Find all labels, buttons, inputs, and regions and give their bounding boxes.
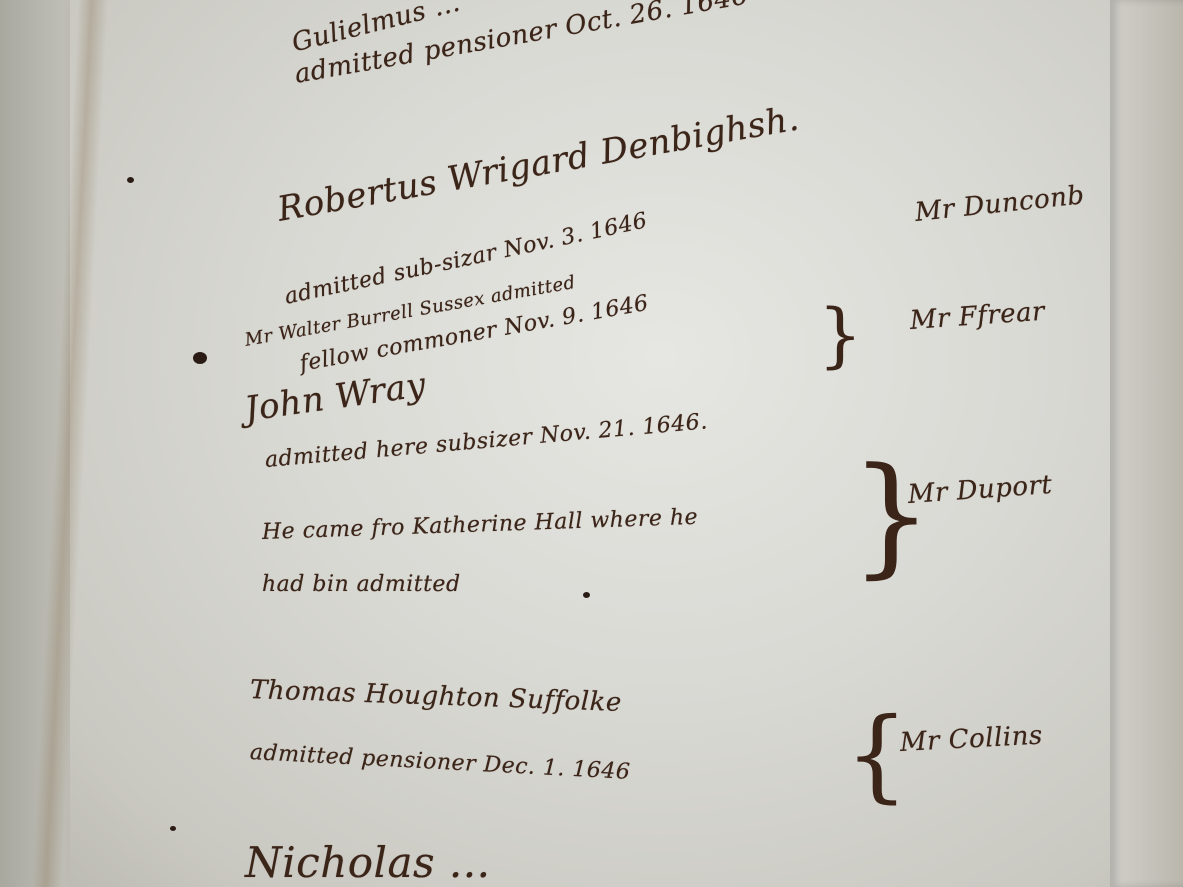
ink-blot: [583, 592, 590, 598]
bracket: }: [850, 450, 933, 580]
bracket: }: [818, 300, 863, 370]
ink-blot: [127, 177, 134, 183]
entry-note: had bin admitted: [262, 572, 461, 597]
entry-name: Nicholas ...: [245, 838, 490, 887]
ink-blot: [170, 826, 176, 831]
ink-blot: [193, 352, 207, 364]
page-stack-edge: [1110, 0, 1183, 887]
bracket: {: [845, 705, 909, 805]
